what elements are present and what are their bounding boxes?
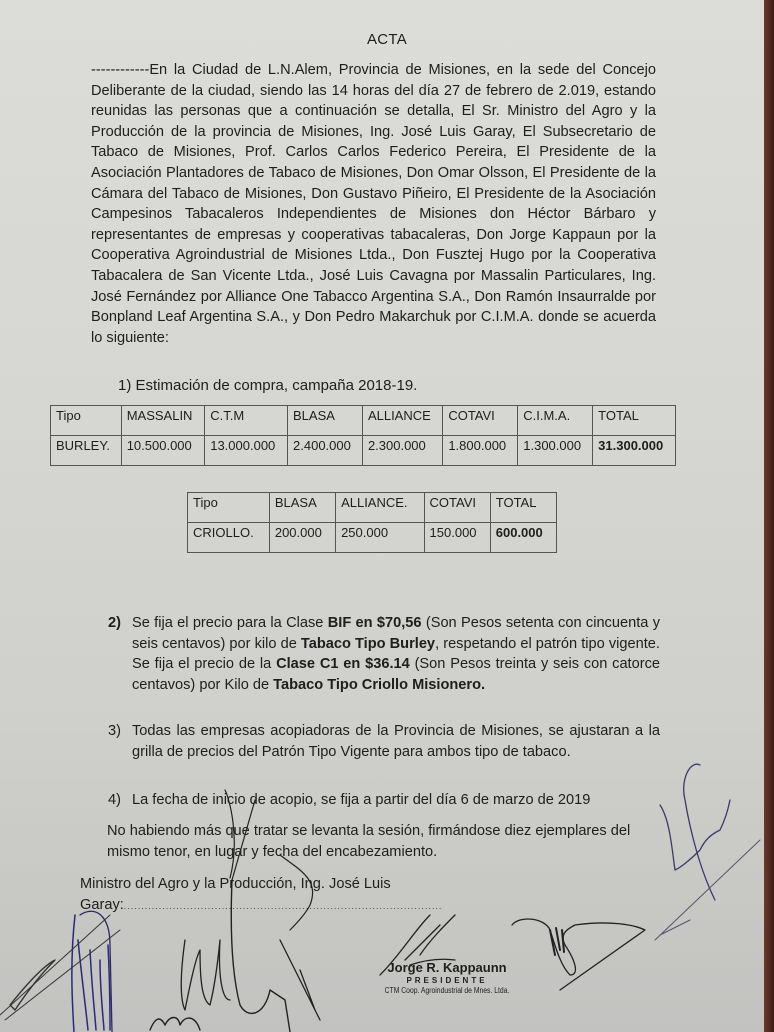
bold-run: Tabaco Tipo Criollo Misionero. — [273, 677, 485, 693]
table-header-row: Tipo BLASA ALLIANCE. COTAVI TOTAL — [188, 493, 557, 523]
table-cell: BLASA — [269, 493, 335, 523]
table-cell: BLASA — [288, 406, 363, 436]
table-cell: 2.400.000 — [288, 436, 363, 466]
text-run: Se fija el precio para la Clase — [132, 615, 328, 631]
table-cell: Tipo — [51, 406, 122, 436]
item-number: 4) — [108, 790, 121, 811]
item-1-heading: 1) Estimación de compra, campaña 2018-19… — [118, 377, 417, 394]
table-cell: CRIOLLO. — [188, 523, 270, 553]
signature-stroke — [80, 911, 112, 1032]
burley-table: Tipo MASSALIN C.T.M BLASA ALLIANCE COTAV… — [50, 405, 676, 466]
item-3: 3) Todas las empresas acopiadoras de la … — [108, 721, 660, 762]
table-cell: ALLIANCE. — [336, 493, 424, 523]
signature-stroke — [550, 928, 564, 955]
table-cell: Tipo — [188, 493, 270, 523]
signature-stroke — [280, 940, 320, 1020]
table-cell: COTAVI — [424, 493, 490, 523]
signature-stroke — [181, 940, 230, 1010]
table-cell: COTAVI — [443, 406, 518, 436]
table-header-row: Tipo MASSALIN C.T.M BLASA ALLIANCE COTAV… — [51, 406, 676, 436]
table-cell: 10.500.000 — [121, 436, 205, 466]
signature-stroke — [10, 960, 55, 1010]
signature-stroke — [150, 1018, 200, 1031]
table-cell: 2.300.000 — [362, 436, 442, 466]
document-title: ACTA — [0, 31, 774, 48]
table-cell: 1.800.000 — [443, 436, 518, 466]
dotted-line: ........................................… — [124, 901, 443, 911]
stamp-role: PRESIDENTE — [367, 976, 527, 985]
table-cell: 13.000.000 — [205, 436, 288, 466]
item-4-text: La fecha de inicio de acopio, se fija a … — [132, 790, 660, 811]
item-3-text: Todas las empresas acopiadoras de la Pro… — [132, 721, 660, 762]
table-cell: 150.000 — [424, 523, 490, 553]
table-cell: 1.300.000 — [518, 436, 593, 466]
signature-line: Ministro del Agro y la Producción, Ing. … — [80, 874, 530, 916]
bold-run: BIF en $70,56 — [328, 615, 422, 631]
table-cell: TOTAL — [593, 406, 676, 436]
table-row: CRIOLLO. 200.000 250.000 150.000 600.000 — [188, 523, 557, 553]
table-cell: C.T.M — [205, 406, 288, 436]
president-stamp: Jorge R. Kappaunn PRESIDENTE CTM Coop. A… — [367, 960, 527, 995]
closing-paragraph: No habiendo más que tratar se levanta la… — [107, 821, 663, 862]
paper-edge-background — [764, 0, 774, 1032]
bold-run: Clase C1 en $36.14 — [276, 656, 410, 672]
table-cell: 200.000 — [269, 523, 335, 553]
total-cell: 600.000 — [490, 523, 556, 553]
signature-stroke — [660, 764, 730, 900]
signature-stroke — [512, 919, 645, 990]
signature-stroke — [655, 840, 760, 940]
bold-run: Tabaco Tipo Burley — [301, 636, 435, 652]
item-number: 2) — [108, 613, 121, 634]
table-row: BURLEY. 10.500.000 13.000.000 2.400.000 … — [51, 436, 676, 466]
criollo-table: Tipo BLASA ALLIANCE. COTAVI TOTAL CRIOLL… — [187, 492, 557, 553]
stamp-org: CTM Coop. Agroindustrial de Mnes. Ltda. — [379, 986, 515, 995]
table-cell: MASSALIN — [121, 406, 205, 436]
table-cell: TOTAL — [490, 493, 556, 523]
table-cell: 250.000 — [336, 523, 424, 553]
signature-stroke — [72, 915, 110, 1032]
stamp-name: Jorge R. Kappaunn — [367, 960, 527, 975]
signature-label-2: Garay:..................................… — [80, 895, 530, 917]
table-cell: BURLEY. — [51, 436, 122, 466]
intro-paragraph: ------------En la Ciudad de L.N.Alem, Pr… — [91, 60, 656, 348]
signature-stroke — [0, 915, 120, 1020]
signature-label: Ministro del Agro y la Producción, Ing. … — [80, 874, 530, 895]
signatory-name: Garay: — [80, 897, 124, 913]
item-2: 2) Se fija el precio para la Clase BIF e… — [108, 613, 660, 695]
item-2-text: Se fija el precio para la Clase BIF en $… — [132, 613, 660, 695]
item-number: 3) — [108, 721, 121, 742]
table-cell: ALLIANCE — [362, 406, 442, 436]
table-cell: C.I.M.A. — [518, 406, 593, 436]
item-4: 4) La fecha de inicio de acopio, se fija… — [108, 790, 660, 811]
total-cell: 31.300.000 — [593, 436, 676, 466]
